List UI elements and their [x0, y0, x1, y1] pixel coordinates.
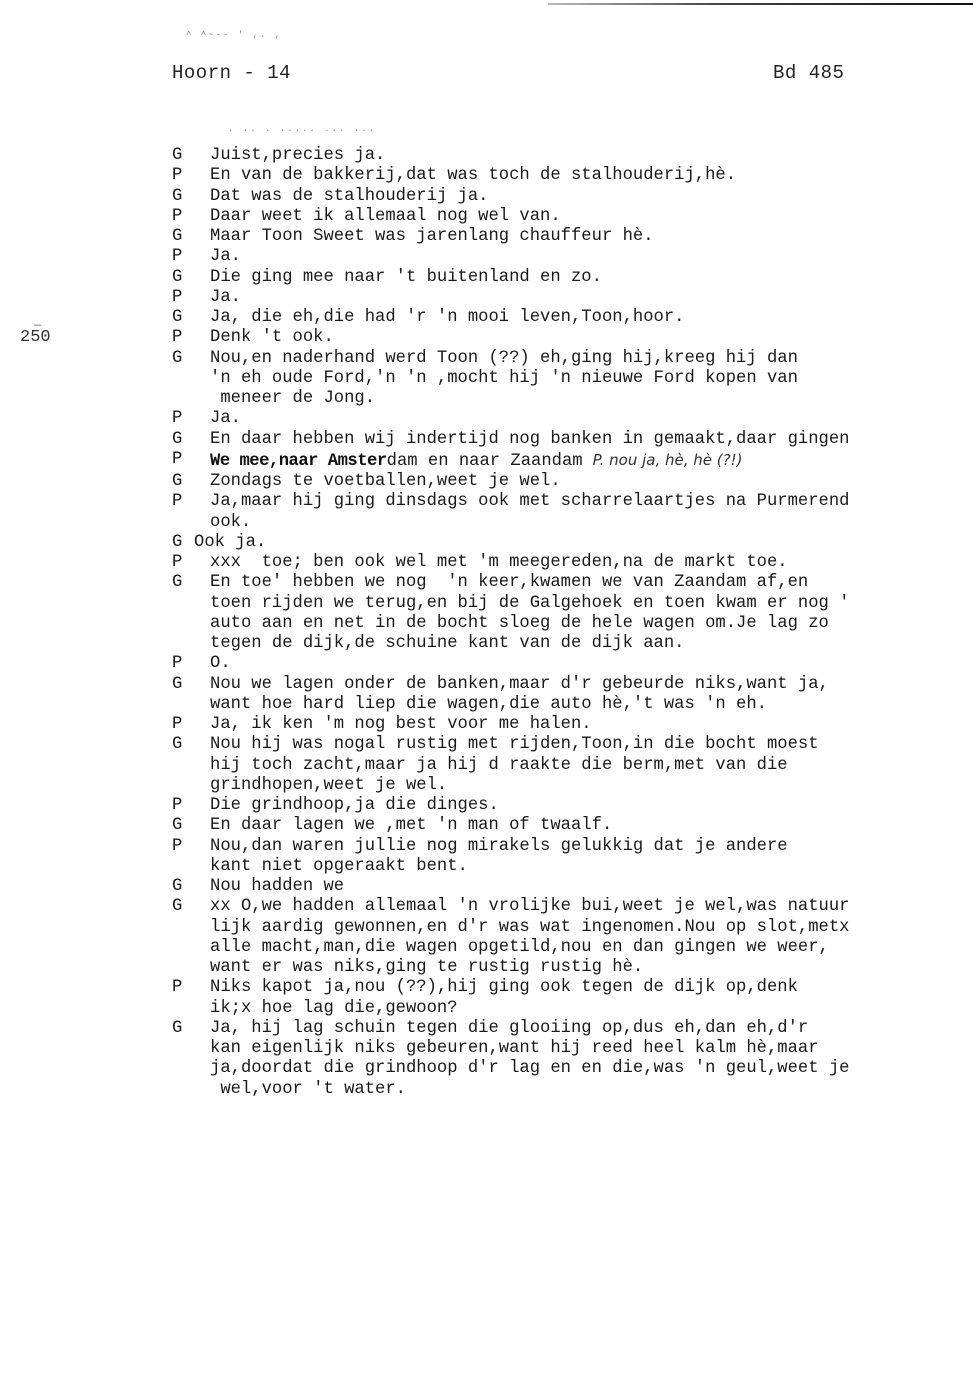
- utterance-line: We mee,naar Amsterdam en naar ZaandamP. …: [210, 450, 742, 472]
- utterance-line: Daar weet ik allemaal nog wel van.: [210, 207, 561, 227]
- utterance-text: dam en naar Zaandam: [387, 452, 583, 471]
- speaker-label: P: [172, 553, 210, 573]
- overstruck-text: We mee,naar Amster: [210, 452, 387, 471]
- utterance-line: kant niet opgeraakt bent.: [210, 857, 788, 877]
- transcript: GJuist,precies ja.PEn van de bakkerij,da…: [172, 146, 973, 1100]
- utterance-line: En daar hebben wij indertijd nog banken …: [210, 430, 849, 450]
- utterance-line: Ook ja.: [194, 533, 266, 553]
- transcript-turn: GEn toe' hebben we nog 'n keer,kwamen we…: [172, 573, 973, 654]
- speaker-label: G: [172, 816, 210, 836]
- transcript-turn: GEn daar lagen we ,met 'n man of twaalf.: [172, 816, 973, 836]
- stray-marks-2: . .. . ..... ... ...: [228, 124, 376, 134]
- transcript-turn: GMaar Toon Sweet was jarenlang chauffeur…: [172, 227, 973, 247]
- transcript-turn: PJa.: [172, 247, 973, 267]
- transcript-turn: GJa, die eh,die had 'r 'n mooi leven,Too…: [172, 308, 973, 328]
- document-location: Hoorn - 14: [172, 62, 291, 84]
- transcript-turn: GDie ging mee naar 't buitenland en zo.: [172, 268, 973, 288]
- speaker-label: P: [172, 247, 210, 267]
- utterance-line: Ja, hij lag schuin tegen die glooiing op…: [210, 1019, 849, 1039]
- utterance-line: Denk 't ook.: [210, 328, 334, 348]
- transcript-turn: GNou hij was nogal rustig met rijden,Too…: [172, 735, 973, 796]
- speaker-label: G: [172, 897, 210, 978]
- speaker-label: G: [172, 533, 194, 553]
- utterance-line: En toe' hebben we nog 'n keer,kwamen we …: [210, 573, 849, 593]
- transcript-turn: PNiks kapot ja,nou (??),hij ging ook teg…: [172, 978, 973, 1019]
- transcript-turn: PJa.: [172, 288, 973, 308]
- transcript-turn: PDie grindhoop,ja die dinges.: [172, 796, 973, 816]
- transcript-turn: GNou,en naderhand werd Toon (??) eh,ging…: [172, 349, 973, 410]
- utterance-line: Ja,maar hij ging dinsdags ook met scharr…: [210, 492, 849, 512]
- transcript-turn: GOok ja.: [172, 533, 973, 553]
- transcript-turn: Pxxx toe; ben ook wel met 'm meegereden,…: [172, 553, 973, 573]
- transcript-turn: PEn van de bakkerij,dat was toch de stal…: [172, 166, 973, 186]
- transcript-turn: Gxx O,we hadden allemaal 'n vrolijke bui…: [172, 897, 973, 978]
- utterance-line: Ja.: [210, 247, 241, 267]
- speaker-label: P: [172, 166, 210, 186]
- utterance-line: kan eigenlijk niks gebeuren,want hij ree…: [210, 1039, 849, 1059]
- utterance-line: Maar Toon Sweet was jarenlang chauffeur …: [210, 227, 654, 247]
- speaker-label: P: [172, 492, 210, 533]
- utterance-line: Dat was de stalhouderij ja.: [210, 187, 488, 207]
- speaker-label: G: [172, 1019, 210, 1100]
- document-reference: Bd 485: [773, 62, 844, 84]
- transcript-turn: PWe mee,naar Amsterdam en naar ZaandamP.…: [172, 450, 973, 472]
- speaker-label: P: [172, 715, 210, 735]
- transcript-turn: GJa, hij lag schuin tegen die glooiing o…: [172, 1019, 973, 1100]
- speaker-label: P: [172, 654, 210, 674]
- speaker-label: G: [172, 349, 210, 410]
- transcript-turn: GDat was de stalhouderij ja.: [172, 187, 973, 207]
- speaker-label: G: [172, 430, 210, 450]
- speaker-label: P: [172, 978, 210, 1019]
- utterance-line: Nou,dan waren jullie nog mirakels gelukk…: [210, 837, 788, 857]
- utterance-line: want hoe hard liep die wagen,die auto hè…: [210, 695, 829, 715]
- speaker-label: G: [172, 735, 210, 796]
- speaker-label: P: [172, 837, 210, 878]
- speaker-label: G: [172, 675, 210, 716]
- transcript-turn: GZondags te voetballen,weet je wel.: [172, 472, 973, 492]
- utterance-line: Ja, ik ken 'm nog best voor me halen.: [210, 715, 592, 735]
- utterance-line: Ja.: [210, 288, 241, 308]
- transcript-turn: PJa, ik ken 'm nog best voor me halen.: [172, 715, 973, 735]
- transcript-turn: GJuist,precies ja.: [172, 146, 973, 166]
- transcript-turn: PJa.: [172, 409, 973, 429]
- utterance-line: O.: [210, 654, 231, 674]
- speaker-label: G: [172, 308, 210, 328]
- utterance-line: Die ging mee naar 't buitenland en zo.: [210, 268, 602, 288]
- utterance-line: ook.: [210, 513, 849, 533]
- utterance-line: ik;x hoe lag die,gewoon?: [210, 999, 798, 1019]
- transcript-turn: PJa,maar hij ging dinsdags ook met schar…: [172, 492, 973, 533]
- transcript-turn: GNou hadden we: [172, 877, 973, 897]
- utterance-line: lijk aardig gewonnen,en d'r was wat inge…: [210, 918, 849, 938]
- speaker-label: P: [172, 796, 210, 816]
- utterance-line: xx O,we hadden allemaal 'n vrolijke bui,…: [210, 897, 849, 917]
- margin-line-number: 250: [20, 328, 51, 347]
- speaker-label: G: [172, 187, 210, 207]
- utterance-line: alle macht,man,die wagen opgetild,nou en…: [210, 938, 849, 958]
- utterance-line: Die grindhoop,ja die dinges.: [210, 796, 499, 816]
- utterance-line: toen rijden we terug,en bij de Galgehoek…: [210, 594, 849, 614]
- transcript-turn: GNou we lagen onder de banken,maar d'r g…: [172, 675, 973, 716]
- handwritten-annotation: P. nou ja, hè, hè (?!): [593, 451, 743, 469]
- speaker-label: P: [172, 328, 210, 348]
- utterance-line: Nou,en naderhand werd Toon (??) eh,ging …: [210, 349, 798, 369]
- utterance-line: xxx toe; ben ook wel met 'm meegereden,n…: [210, 553, 788, 573]
- utterance-line: Ja.: [210, 409, 241, 429]
- transcript-turn: PDenk 't ook.: [172, 328, 973, 348]
- transcript-turn: GEn daar hebben wij indertijd nog banken…: [172, 430, 973, 450]
- transcript-turn: PDaar weet ik allemaal nog wel van.: [172, 207, 973, 227]
- transcript-turn: PO.: [172, 654, 973, 674]
- utterance-line: meneer de Jong.: [210, 389, 798, 409]
- utterance-line: want er was niks,ging te rustig rustig h…: [210, 958, 849, 978]
- utterance-line: Nou we lagen onder de banken,maar d'r ge…: [210, 675, 829, 695]
- speaker-label: P: [172, 288, 210, 308]
- speaker-label: G: [172, 877, 210, 897]
- utterance-line: Ja, die eh,die had 'r 'n mooi leven,Toon…: [210, 308, 684, 328]
- speaker-label: G: [172, 573, 210, 654]
- speaker-label: P: [172, 207, 210, 227]
- speaker-label: G: [172, 227, 210, 247]
- utterance-line: Niks kapot ja,nou (??),hij ging ook tege…: [210, 978, 798, 998]
- utterance-line: En van de bakkerij,dat was toch de stalh…: [210, 166, 736, 186]
- transcript-turn: PNou,dan waren jullie nog mirakels geluk…: [172, 837, 973, 878]
- utterance-line: auto aan en net in de bocht sloeg de hel…: [210, 614, 849, 634]
- utterance-line: ja,doordat die grindhoop d'r lag en en d…: [210, 1059, 849, 1079]
- speaker-label: P: [172, 450, 210, 472]
- stray-marks: ^ ^~-- ' ,. ,: [186, 30, 282, 40]
- utterance-line: hij toch zacht,maar ja hij d raakte die …: [210, 756, 819, 776]
- speaker-label: G: [172, 472, 210, 492]
- speaker-label: P: [172, 409, 210, 429]
- utterance-line: Nou hij was nogal rustig met rijden,Toon…: [210, 735, 819, 755]
- top-edge-rule: [548, 3, 973, 5]
- utterance-line: Juist,precies ja.: [210, 146, 385, 166]
- utterance-line: grindhopen,weet je wel.: [210, 776, 819, 796]
- utterance-line: tegen de dijk,de schuine kant van de dij…: [210, 634, 849, 654]
- speaker-label: G: [172, 268, 210, 288]
- utterance-line: Zondags te voetballen,weet je wel.: [210, 472, 561, 492]
- utterance-line: En daar lagen we ,met 'n man of twaalf.: [210, 816, 612, 836]
- utterance-line: Nou hadden we: [210, 877, 344, 897]
- utterance-line: 'n eh oude Ford,'n 'n ,mocht hij 'n nieu…: [210, 369, 798, 389]
- utterance-line: wel,voor 't water.: [210, 1080, 849, 1100]
- speaker-label: G: [172, 146, 210, 166]
